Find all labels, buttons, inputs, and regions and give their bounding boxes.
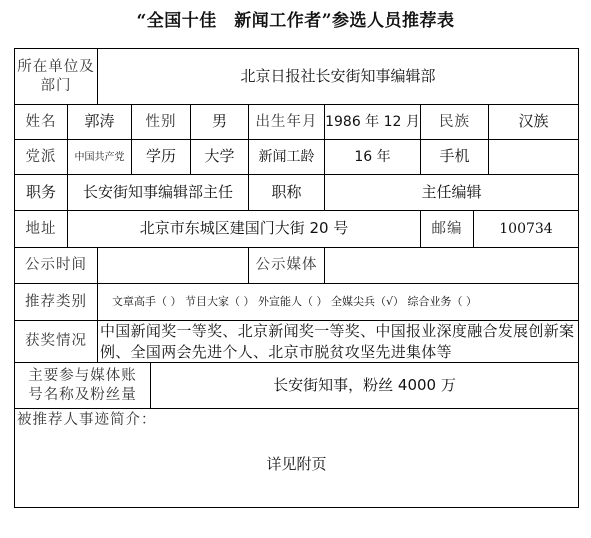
awards-label: 获奖情况 xyxy=(15,321,97,362)
name-label: 姓名 xyxy=(15,105,67,139)
gender-label: 性别 xyxy=(132,105,190,139)
phone-label: 手机 xyxy=(421,140,488,174)
ethnicity-label: 民族 xyxy=(421,105,488,139)
education-value[interactable]: 大学 xyxy=(191,140,248,174)
unit-value[interactable]: 北京日报社长安街知事编辑部 xyxy=(98,49,578,104)
rank-label: 职称 xyxy=(249,175,324,210)
unit-label: 所在单位及部门 xyxy=(15,49,97,104)
position-label: 职务 xyxy=(15,175,67,210)
years-label: 新闻工龄 xyxy=(249,140,324,174)
publicity-time-value[interactable] xyxy=(98,248,248,283)
intro-value[interactable]: 详见附页 xyxy=(15,450,578,480)
postcode-value[interactable]: 100734 xyxy=(474,211,578,247)
form-title: “全国十佳 新闻工作者”参选人员推荐表 xyxy=(0,6,591,31)
category-options[interactable]: 文章高手（ ） 节目大家（ ） 外宣能人（ ） 全媒尖兵（√） 综合业务（ ） xyxy=(98,284,578,320)
birth-value[interactable]: 1986 年 12 月 xyxy=(325,105,420,139)
category-label: 推荐类别 xyxy=(15,284,97,320)
party-value[interactable]: 中国共产党 xyxy=(68,140,131,174)
postcode-label: 邮编 xyxy=(421,211,473,247)
intro-label: 被推荐人事迹简介： xyxy=(15,409,315,431)
party-label: 党派 xyxy=(15,140,67,174)
rank-value[interactable]: 主任编辑 xyxy=(325,175,578,210)
publicity-time-label: 公示时间 xyxy=(15,248,97,283)
address-label: 地址 xyxy=(15,211,67,247)
media-account-label: 主要参与媒体账号名称及粉丝量 xyxy=(15,363,150,408)
years-value[interactable]: 16 年 xyxy=(325,140,420,174)
name-value[interactable]: 郭涛 xyxy=(68,105,131,139)
gender-value[interactable]: 男 xyxy=(191,105,248,139)
birth-label: 出生年月 xyxy=(249,105,324,139)
education-label: 学历 xyxy=(132,140,190,174)
publicity-media-label: 公示媒体 xyxy=(249,248,324,283)
media-account-value[interactable]: 长安街知事，粉丝 4000 万 xyxy=(151,363,578,408)
awards-value[interactable]: 中国新闻奖一等奖、北京新闻奖一等奖、中国报业深度融合发展创新案例、全国两会先进个… xyxy=(98,321,578,362)
position-value[interactable]: 长安街知事编辑部主任 xyxy=(68,175,248,210)
ethnicity-value[interactable]: 汉族 xyxy=(489,105,578,139)
phone-value[interactable] xyxy=(489,140,578,174)
publicity-media-value[interactable] xyxy=(325,248,578,283)
address-value[interactable]: 北京市东城区建国门大街 20 号 xyxy=(68,211,420,247)
